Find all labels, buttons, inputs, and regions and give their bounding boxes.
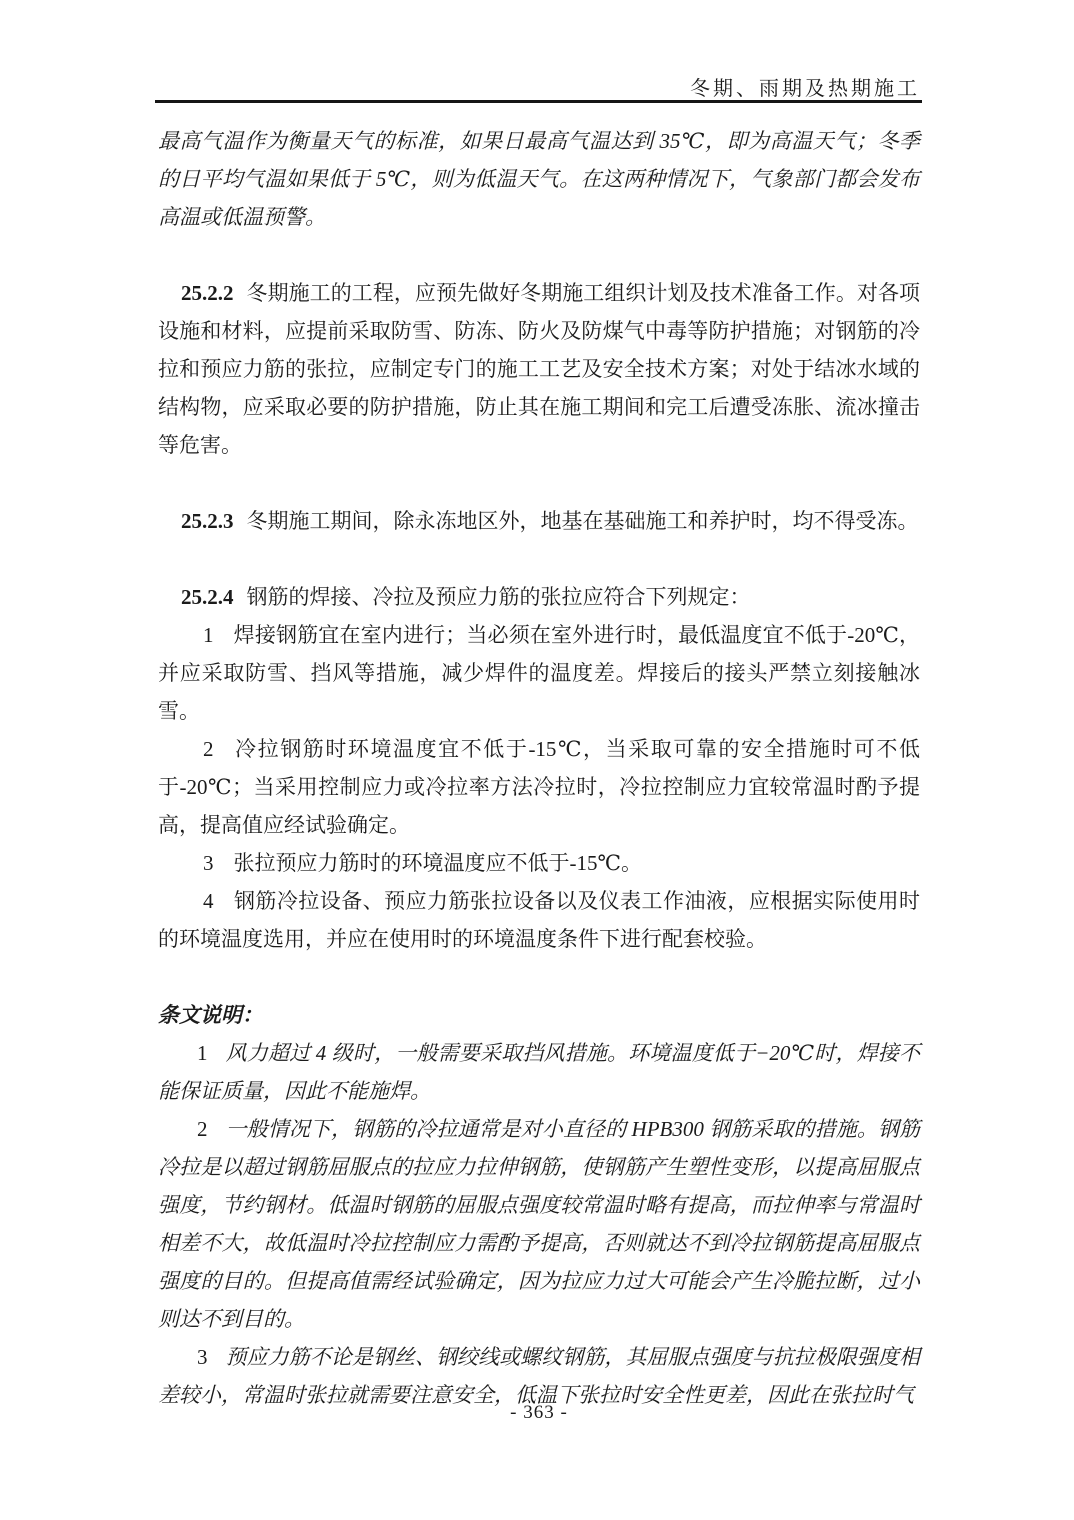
clause-item-1-text: 焊接钢筋宜在室内进行；当必须在室外进行时，最低温度宜不低于-20℃，并应采取防雪… (158, 623, 920, 723)
clause-25-2-3-text: 冬期施工期间，除永冻地区外，地基在基础施工和养护时，均不得受冻。 (247, 509, 919, 533)
clause-25-2-4: 25.2.4钢筋的焊接、冷拉及预应力筋的张拉应符合下列规定： (158, 578, 920, 616)
note-1-text: 风力超过 4 级时，一般需要采取挡风措施。环境温度低于−20℃时，焊接不能保证质… (158, 1041, 920, 1103)
clause-item-3-number: 3 (203, 851, 214, 875)
clause-25-2-2: 25.2.2冬期施工的工程，应预先做好冬期施工组织计划及技术准备工作。对各项设施… (158, 274, 920, 464)
clause-item-4-number: 4 (203, 889, 214, 913)
clause-item-1-number: 1 (203, 623, 214, 647)
note-2: 2一般情况下，钢筋的冷拉通常是对小直径的 HPB300 钢筋采取的措施。钢筋冷拉… (158, 1110, 920, 1338)
clause-item-4: 4钢筋冷拉设备、预应力筋张拉设备以及仪表工作油液，应根据实际使用时的环境温度选用… (158, 882, 920, 958)
note-1: 1风力超过 4 级时，一般需要采取挡风措施。环境温度低于−20℃时，焊接不能保证… (158, 1034, 920, 1110)
running-header: 冬期、雨期及热期施工 (158, 72, 920, 101)
clause-25-2-3-number: 25.2.3 (181, 509, 234, 533)
clause-25-2-4-number: 25.2.4 (181, 585, 234, 609)
note-3-text: 预应力筋不论是钢丝、钢绞线或螺纹钢筋，其屈服点强度与抗拉极限强度相差较小，常温时… (158, 1345, 920, 1407)
notes-heading: 条文说明： (158, 996, 920, 1034)
note-1-number: 1 (197, 1041, 208, 1065)
document-body: 最高气温作为衡量天气的标准，如果日最高气温达到 35℃，即为高温天气；冬季的日平… (158, 122, 920, 1414)
clause-item-4-text: 钢筋冷拉设备、预应力筋张拉设备以及仪表工作油液，应根据实际使用时的环境温度选用，… (158, 889, 920, 951)
note-2-number: 2 (197, 1117, 208, 1141)
clause-item-3: 3张拉预应力筋时的环境温度应不低于-15℃。 (158, 844, 920, 882)
clause-25-2-4-text: 钢筋的焊接、冷拉及预应力筋的张拉应符合下列规定： (247, 585, 751, 609)
clause-item-2: 2冷拉钢筋时环境温度宜不低于-15℃，当采取可靠的安全措施时可不低于-20℃；当… (158, 730, 920, 844)
page-number: - 363 - (158, 1402, 920, 1424)
clause-25-2-3: 25.2.3冬期施工期间，除永冻地区外，地基在基础施工和养护时，均不得受冻。 (158, 502, 920, 540)
chapter-title: 冬期、雨期及热期施工 (690, 78, 920, 100)
clause-25-2-2-number: 25.2.2 (181, 281, 234, 305)
clause-item-2-text: 冷拉钢筋时环境温度宜不低于-15℃，当采取可靠的安全措施时可不低于-20℃；当采… (158, 737, 920, 837)
note-3-number: 3 (197, 1345, 208, 1369)
clause-item-3-text: 张拉预应力筋时的环境温度应不低于-15℃。 (234, 851, 642, 875)
clause-25-2-2-text: 冬期施工的工程，应预先做好冬期施工组织计划及技术准备工作。对各项设施和材料，应提… (158, 281, 920, 457)
clause-item-2-number: 2 (203, 737, 214, 761)
paragraph-continuation: 最高气温作为衡量天气的标准，如果日最高气温达到 35℃，即为高温天气；冬季的日平… (158, 122, 920, 236)
note-2-text: 一般情况下，钢筋的冷拉通常是对小直径的 HPB300 钢筋采取的措施。钢筋冷拉是… (158, 1117, 920, 1331)
document-page: 冬期、雨期及热期施工 最高气温作为衡量天气的标准，如果日最高气温达到 35℃，即… (0, 0, 1074, 1520)
header-rule (155, 100, 922, 103)
clause-item-1: 1焊接钢筋宜在室内进行；当必须在室外进行时，最低温度宜不低于-20℃，并应采取防… (158, 616, 920, 730)
